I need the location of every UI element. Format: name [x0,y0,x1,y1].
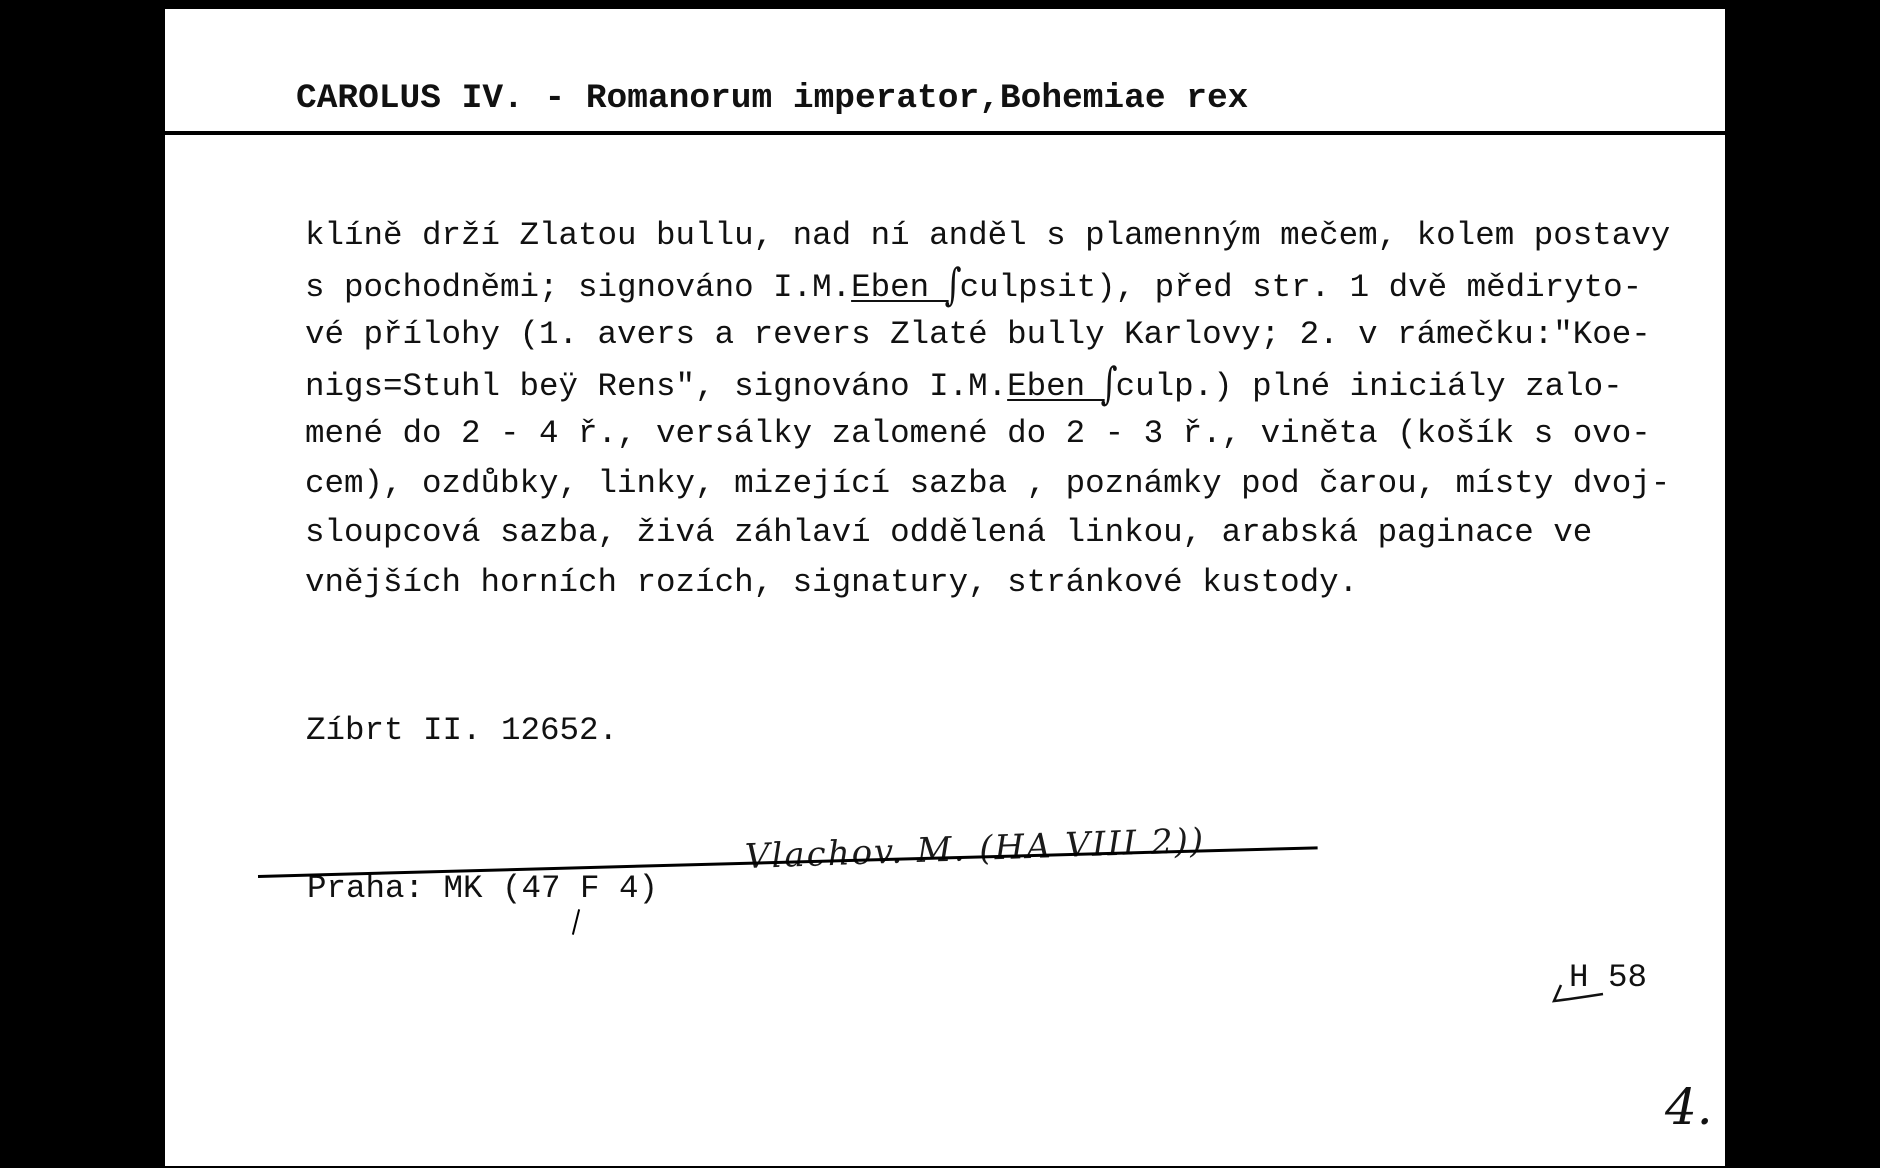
description-line: s pochodněmi; signováno I.M.Eben ∫culpsi… [305,261,1670,311]
description-text: nigs=Stuhl beÿ Rens", signováno I.M. [305,368,1007,405]
description-text: mené do 2 - 4 ř., versálky zalomené do 2… [305,415,1651,452]
holdings-handwritten: Vlachov. M. (HA VIII 2)) [744,821,1206,877]
handwritten-long-s: ∫ [945,252,962,319]
engraver-name: Eben [851,269,949,306]
description-line: vé přílohy (1. avers a revers Zlaté bull… [305,310,1670,360]
description-line: klíně drží Zlatou bullu, nad ní anděl s … [305,211,1670,261]
description-text: sloupcová sazba, živá záhlaví oddělená l… [305,514,1592,551]
description-line: sloupcová sazba, živá záhlaví oddělená l… [305,508,1670,558]
description-text: vé přílohy (1. avers a revers Zlaté bull… [305,316,1651,353]
description-text: s pochodněmi; signováno I.M. [305,269,851,306]
engraver-name: Eben [1007,368,1105,405]
card-description: klíně drží Zlatou bullu, nad ní anděl s … [305,211,1670,607]
description-text: cem), ozdůbky, linky, mizející sazba , p… [305,465,1670,502]
bibliographic-reference: Zíbrt II. 12652. [306,706,618,756]
description-line: nigs=Stuhl beÿ Rens", signováno I.M.Eben… [305,360,1670,410]
description-line: vnějších horních rozích, signatury, strá… [305,558,1670,608]
description-text: vnějších horních rozích, signatury, strá… [305,564,1358,601]
catalog-card: CAROLUS IV. - Romanorum imperator,Bohemi… [165,9,1725,1166]
description-line: cem), ozdůbky, linky, mizející sazba , p… [305,459,1670,509]
description-text: klíně drží Zlatou bullu, nad ní anděl s … [305,217,1670,254]
card-number: 4. [1665,1077,1713,1137]
heading-divider [165,131,1725,135]
description-text: culpsit), před str. 1 dvě mědiryto- [960,269,1643,306]
description-text: culp.) plné iniciály zalo- [1116,368,1623,405]
handwritten-long-s: ∫ [1101,351,1118,418]
shelfmark-hook-mark [1551,983,1607,1005]
description-line: mené do 2 - 4 ř., versálky zalomené do 2… [305,409,1670,459]
card-heading: CAROLUS IV. - Romanorum imperator,Bohemi… [296,79,1248,119]
